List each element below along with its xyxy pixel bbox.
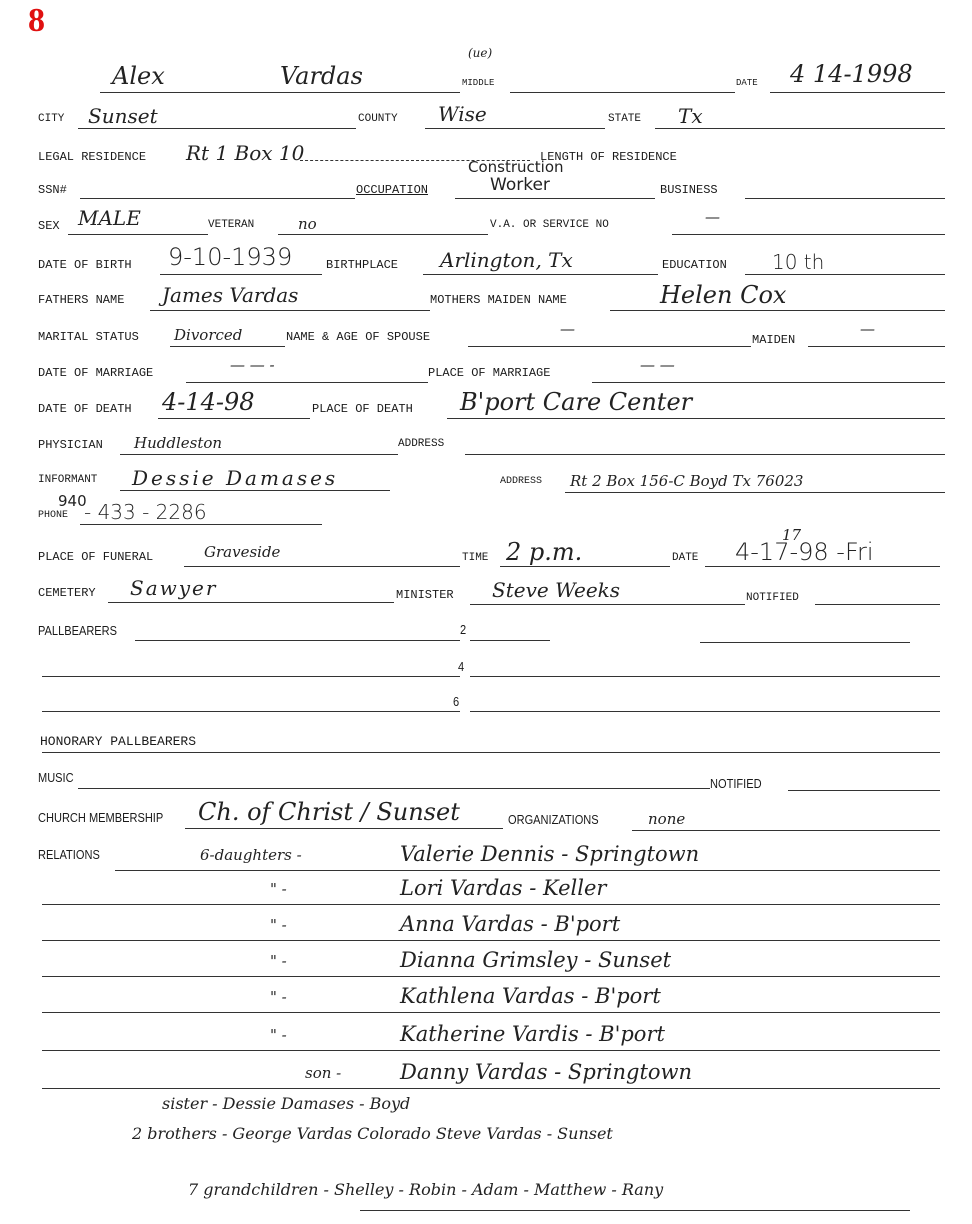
ssn-redaction <box>90 165 310 195</box>
pallbearers-label: PALLBEARERS <box>38 623 117 638</box>
relation-name: Kathlena Vardas - B'port <box>400 984 661 1008</box>
father-underline <box>150 310 430 311</box>
pallbearer-row3-left-line <box>42 711 460 712</box>
physician-label: PHYSICIAN <box>38 438 103 452</box>
music-label: MUSIC <box>38 770 74 785</box>
pallbearer-row2-left-line <box>42 676 460 677</box>
state-value: Tx <box>678 104 703 128</box>
relation-name: Anna Vardas - B'port <box>400 912 620 936</box>
death-date-label: DATE OF DEATH <box>38 402 132 416</box>
education-label: EDUCATION <box>662 258 727 272</box>
county-label: COUNTY <box>358 113 398 125</box>
business-label: BUSINESS <box>660 183 718 197</box>
pallbearer-1-line <box>135 640 460 641</box>
minister-label: MINISTER <box>396 588 454 602</box>
maiden-value: — <box>860 320 875 338</box>
marriage-place-label: PLACE OF MARRIAGE <box>428 366 550 380</box>
veteran-value: no <box>298 215 317 233</box>
minister-underline <box>470 604 745 605</box>
organizations-label: ORGANIZATIONS <box>508 812 599 827</box>
relation-name: Danny Vardas - Springtown <box>400 1060 692 1084</box>
organizations-underline <box>632 830 940 831</box>
date-label: DATE <box>736 78 758 88</box>
maiden-underline <box>808 346 945 347</box>
marital-status-value: Divorced <box>174 326 242 344</box>
relation-name: Lori Vardas - Keller <box>400 876 606 900</box>
father-label: FATHERS NAME <box>38 293 124 307</box>
relation-type: 6-daughters - <box>200 846 302 864</box>
cemetery-label: CEMETERY <box>38 586 96 600</box>
state-label: STATE <box>608 113 641 125</box>
va-service-label: V.A. OR SERVICE NO <box>490 219 609 231</box>
occupation-underline <box>455 198 655 199</box>
marital-underline <box>170 346 285 347</box>
city-label: CITY <box>38 113 64 125</box>
birthplace-label: BIRTHPLACE <box>326 258 398 272</box>
mother-underline <box>610 310 945 311</box>
minister-value: Steve Weeks <box>492 578 620 602</box>
informant-label: INFORMANT <box>38 474 97 486</box>
funeral-place-label: PLACE OF FUNERAL <box>38 550 153 564</box>
veteran-label: VETERAN <box>208 219 254 231</box>
education-value: 10 th <box>772 250 824 274</box>
phone-area-code: 940 <box>58 492 87 510</box>
occupation-value-line1: Construction <box>468 158 564 176</box>
relation-type: " - <box>270 880 287 898</box>
funeral-record-form: 8 Alex Vardas (ue) MIDDLE DATE 4 14-1998… <box>0 0 972 1224</box>
funeral-time-value: 2 p.m. <box>506 538 582 566</box>
relation-underline <box>115 870 940 871</box>
dob-label: DATE OF BIRTH <box>38 258 132 272</box>
education-underline <box>745 274 945 275</box>
record-date-value: 4 14-1998 <box>790 60 913 88</box>
date-underline <box>770 92 945 93</box>
pallbearer-3-line <box>700 642 910 643</box>
occupation-value-line2: Worker <box>490 175 550 195</box>
death-date-value: 4-14-98 <box>162 388 255 416</box>
ssn-label: SSN# <box>38 183 67 197</box>
pallbearer-row3-right-line <box>470 711 940 712</box>
church-membership-value: Ch. of Christ / Sunset <box>198 798 460 826</box>
physician-address-label: ADDRESS <box>398 438 444 450</box>
marriage-place-value: — — <box>640 356 675 374</box>
church-membership-label: CHURCH MEMBERSHIP <box>38 810 163 825</box>
spouse-label: NAME & AGE OF SPOUSE <box>286 330 430 344</box>
relations-sister: sister - Dessie Damases - Boyd <box>162 1094 410 1113</box>
grandchildren-underline <box>360 1210 910 1211</box>
mother-label: MOTHERS MAIDEN NAME <box>430 293 567 307</box>
pallbearer-row2-right-line <box>470 676 940 677</box>
spouse-underline <box>468 346 751 347</box>
death-place-underline <box>447 418 945 419</box>
va-service-value: — <box>705 208 720 226</box>
physician-address-underline <box>465 454 945 455</box>
sex-value: MALE <box>78 206 141 230</box>
informant-address-value: Rt 2 Box 156-C Boyd Tx 76023 <box>570 472 803 490</box>
maiden-label: MAIDEN <box>752 333 795 347</box>
relation-name: Katherine Vardis - B'port <box>400 1022 665 1046</box>
marriage-date-label: DATE OF MARRIAGE <box>38 366 153 380</box>
first-name-value: Alex <box>112 62 165 90</box>
occupation-label: OCCUPATION <box>356 183 428 197</box>
city-value: Sunset <box>88 104 158 128</box>
phone-label: PHONE <box>38 510 68 521</box>
sex-underline <box>68 234 208 235</box>
informant-underline <box>120 490 390 491</box>
last-name-value: Vardas <box>280 62 363 90</box>
music-notified-label: NOTIFIED <box>710 776 762 791</box>
city-underline <box>78 128 356 129</box>
marital-status-label: MARITAL STATUS <box>38 330 139 344</box>
relations-label: RELATIONS <box>38 847 100 862</box>
relation-underline <box>42 940 940 941</box>
relation-type: " - <box>270 916 287 934</box>
legal-residence-value: Rt 1 Box 10 <box>186 141 304 165</box>
state-underline <box>655 128 945 129</box>
ssn-underline <box>80 198 355 199</box>
relation-underline <box>42 904 940 905</box>
death-place-value: B'port Care Center <box>460 388 692 416</box>
phone-value: - 433 - 2286 <box>84 500 207 524</box>
pallbearer-number-6: 6 <box>453 694 459 709</box>
relation-type: " - <box>270 952 287 970</box>
marriage-date-underline <box>186 382 428 383</box>
music-underline <box>78 788 710 789</box>
pallbearer-2-line <box>470 640 550 641</box>
death-date-underline <box>158 418 310 419</box>
relation-name: Valerie Dennis - Springtown <box>400 842 699 866</box>
informant-address-underline <box>565 492 945 493</box>
funeral-place-value: Graveside <box>204 543 280 561</box>
phone-underline <box>80 524 322 525</box>
pallbearer-number-4: 4 <box>458 659 464 674</box>
va-underline <box>672 234 945 235</box>
funeral-notified-underline <box>815 604 940 605</box>
birthplace-value: Arlington, Tx <box>440 248 573 272</box>
middle-underline <box>510 92 735 93</box>
physician-underline <box>120 454 398 455</box>
relation-type: son - <box>305 1064 341 1082</box>
relation-underline <box>42 976 940 977</box>
funeral-date-underline <box>705 566 940 567</box>
funeral-date-value: 4-17-98 -Fri <box>735 538 874 566</box>
funeral-place-underline <box>184 566 460 567</box>
funeral-time-underline <box>500 566 670 567</box>
father-value: James Vardas <box>162 283 298 307</box>
birthplace-underline <box>423 274 658 275</box>
middle-mark: (ue) <box>468 46 492 60</box>
death-place-label: PLACE OF DEATH <box>312 402 413 416</box>
relation-underline <box>42 1012 940 1013</box>
funeral-notified-label: NOTIFIED <box>746 592 799 604</box>
relation-underline <box>42 1088 940 1089</box>
marriage-place-underline <box>592 382 945 383</box>
relations-brothers: 2 brothers - George Vardas Colorado Stev… <box>132 1124 613 1143</box>
honorary-pallbearers-label: HONORARY PALLBEARERS <box>40 734 196 749</box>
honorary-pallbearers-line <box>42 752 940 753</box>
spouse-value: — <box>560 320 575 338</box>
relation-type: " - <box>270 988 287 1006</box>
music-notified-underline <box>788 790 940 791</box>
county-value: Wise <box>438 102 487 126</box>
dob-underline <box>160 274 322 275</box>
veteran-underline <box>278 234 488 235</box>
name-underline <box>100 92 460 93</box>
sex-label: SEX <box>38 219 60 233</box>
funeral-time-label: TIME <box>462 552 488 564</box>
informant-address-label: ADDRESS <box>500 476 542 487</box>
dob-value: 9-10-1939 <box>168 243 292 271</box>
page-number-badge: 8 <box>28 2 45 40</box>
relation-name: Dianna Grimsley - Sunset <box>400 948 671 972</box>
informant-value: Dessie Damases <box>132 466 338 490</box>
cemetery-underline <box>108 602 394 603</box>
cemetery-value: Sawyer <box>130 576 217 600</box>
organizations-value: none <box>648 810 685 828</box>
relation-underline <box>42 1050 940 1051</box>
middle-label: MIDDLE <box>462 78 494 88</box>
funeral-date-label: DATE <box>672 552 698 564</box>
relations-grandchildren: 7 grandchildren - Shelley - Robin - Adam… <box>188 1180 663 1199</box>
relation-type: " - <box>270 1026 287 1044</box>
county-underline <box>425 128 605 129</box>
marriage-date-value: — — - <box>230 356 275 374</box>
pallbearer-number-2: 2 <box>460 622 466 637</box>
legal-residence-label: LEGAL RESIDENCE <box>38 150 146 164</box>
church-underline <box>185 828 503 829</box>
mother-value: Helen Cox <box>660 281 786 309</box>
business-underline <box>745 198 945 199</box>
physician-value: Huddleston <box>134 434 222 452</box>
